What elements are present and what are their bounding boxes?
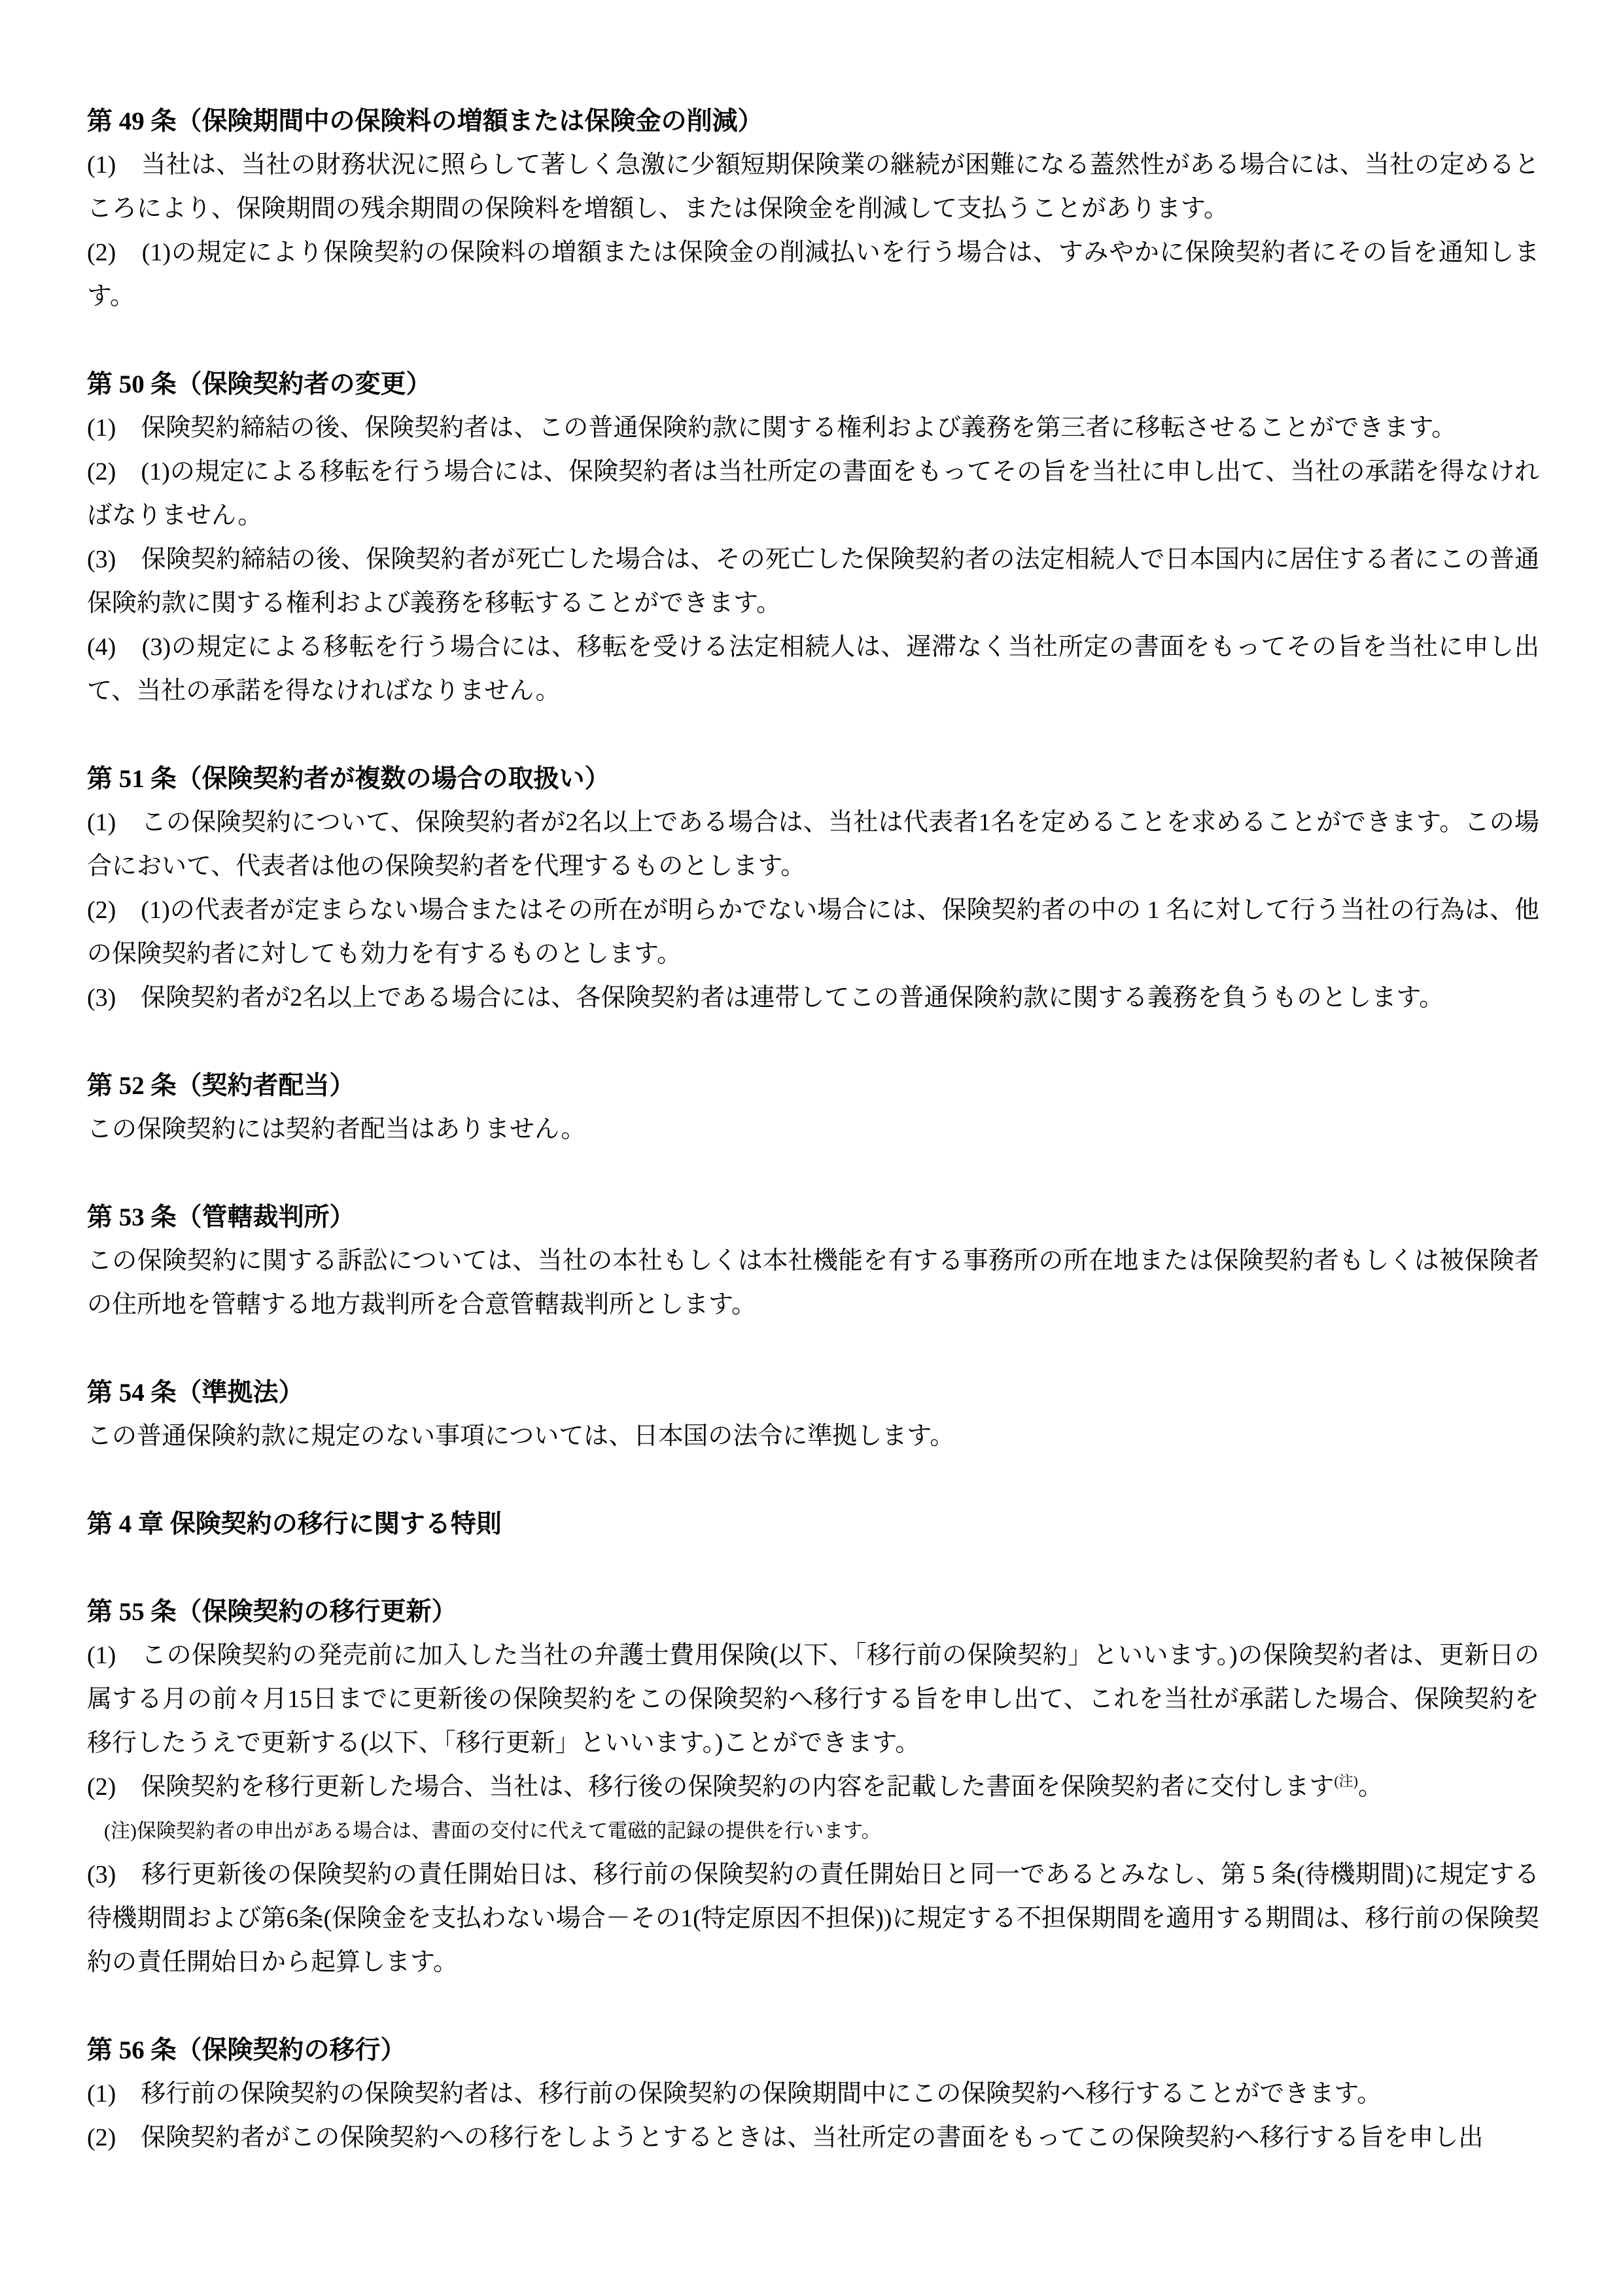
- article-heading: 第 52 条（契約者配当）: [87, 1064, 1539, 1108]
- article-heading: 第 50 条（保険契約者の変更）: [87, 362, 1539, 406]
- document-body: 第 49 条（保険期間中の保険料の増額または保険金の削減）(1) 当社は、当社の…: [0, 0, 1623, 2160]
- document-page: 第 49 条（保険期間中の保険料の増額または保険金の削減）(1) 当社は、当社の…: [0, 0, 1623, 2296]
- article-heading: 第 56 条（保険契約の移行）: [87, 2028, 1539, 2072]
- body-paragraph: (2) (1)の規定による移転を行う場合には、保険契約者は当社所定の書面をもって…: [87, 450, 1539, 538]
- article-heading: 第 54 条（準拠法）: [87, 1371, 1539, 1415]
- body-paragraph: (2) 保険契約を移行更新した場合、当社は、移行後の保険契約の内容を記載した書面…: [87, 1765, 1539, 1809]
- body-paragraph: (2) (1)の代表者が定まらない場合またはその所在が明らかでない場合には、保険…: [87, 889, 1539, 976]
- article-heading: 第 49 条（保険期間中の保険料の増額または保険金の削減）: [87, 99, 1539, 143]
- body-paragraph: (3) 保険契約者が2名以上である場合には、各保険契約者は連帯してこの普通保険約…: [87, 976, 1539, 1020]
- note-paragraph: (注)保険契約者の申出がある場合は、書面の交付に代えて電磁的記録の提供を行います…: [87, 1809, 1539, 1853]
- body-paragraph: (3) 移行更新後の保険契約の責任開始日は、移行前の保険契約の責任開始日と同一で…: [87, 1853, 1539, 1985]
- body-paragraph: (1) 当社は、当社の財務状況に照らして著しく急激に少額短期保険業の継続が困難に…: [87, 143, 1539, 231]
- body-paragraph: この普通保険約款に規定のない事項については、日本国の法令に準拠します。: [87, 1415, 1539, 1458]
- paragraph-text: 。: [1358, 1773, 1383, 1801]
- body-paragraph: (1) この保険契約について、保険契約者が2名以上である場合は、当社は代表者1名…: [87, 801, 1539, 889]
- paragraph-text: (2) 保険契約を移行更新した場合、当社は、移行後の保険契約の内容を記載した書面…: [87, 1773, 1334, 1801]
- body-paragraph: (1) 移行前の保険契約の保険契約者は、移行前の保険契約の保険期間中にこの保険契…: [87, 2072, 1539, 2116]
- article-heading: 第 51 条（保険契約者が複数の場合の取扱い）: [87, 757, 1539, 801]
- note-reference-superscript: (注): [1334, 1773, 1358, 1789]
- body-paragraph: (2) 保険契約者がこの保険契約への移行をしようとするときは、当社所定の書面をも…: [87, 2116, 1539, 2160]
- body-paragraph: (1) 保険契約締結の後、保険契約者は、この普通保険約款に関する権利および義務を…: [87, 406, 1539, 450]
- body-paragraph: (1) この保険契約の発売前に加入した当社の弁護士費用保険(以下、「移行前の保険…: [87, 1634, 1539, 1765]
- body-paragraph: (3) 保険契約締結の後、保険契約者が死亡した場合は、その死亡した保険契約者の法…: [87, 538, 1539, 626]
- body-paragraph: この保険契約には契約者配当はありません。: [87, 1108, 1539, 1152]
- body-paragraph: この保険契約に関する訴訟については、当社の本社もしくは本社機能を有する事務所の所…: [87, 1239, 1539, 1327]
- body-paragraph: (2) (1)の規定により保険契約の保険料の増額または保険金の削減払いを行う場合…: [87, 231, 1539, 319]
- article-heading: 第 53 条（管轄裁判所）: [87, 1195, 1539, 1239]
- article-heading: 第 55 条（保険契約の移行更新）: [87, 1590, 1539, 1634]
- body-paragraph: (4) (3)の規定による移転を行う場合には、移転を受ける法定相続人は、遅滞なく…: [87, 626, 1539, 713]
- chapter-heading: 第 4 章 保険契約の移行に関する特則: [87, 1502, 1539, 1546]
